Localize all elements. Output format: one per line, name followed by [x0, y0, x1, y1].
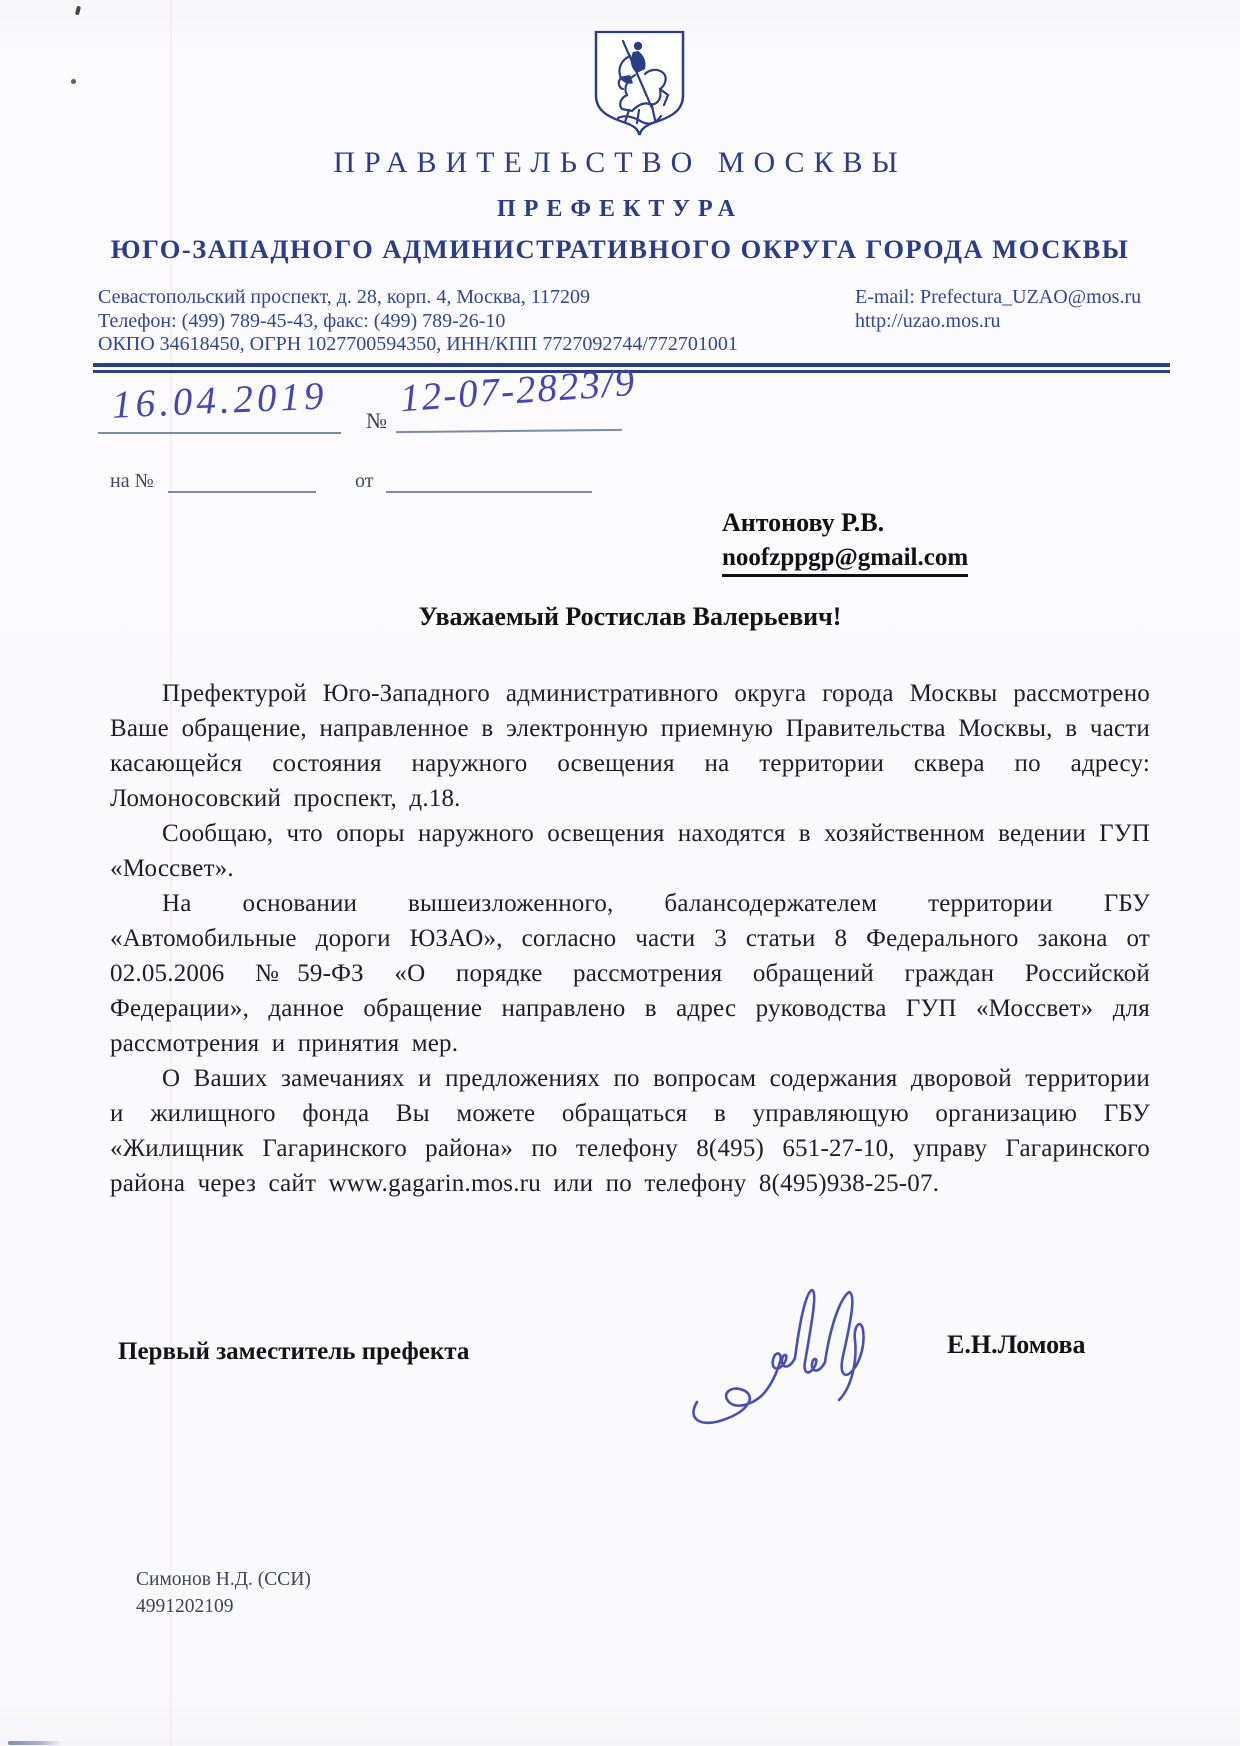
org-website: http://uzao.mos.ru	[855, 310, 1141, 334]
org-contact-block: E-mail: Prefectura_UZAO@mos.ru http://uz…	[855, 286, 1141, 333]
government-title: ПРАВИТЕЛЬСТВО МОСКВЫ	[90, 146, 1150, 180]
prefecture-title: ПРЕФЕКТУРА	[90, 196, 1150, 223]
scan-speck	[71, 79, 76, 84]
phone-line: Телефон: (499) 789-45-43, факс: (499) 78…	[98, 310, 738, 334]
letter-body: Уважаемый Ростислав Валерьевич! Префекту…	[110, 598, 1150, 1201]
number-sign: №	[366, 408, 387, 434]
executor-name: Симонов Н.Д. (ССИ)	[136, 1566, 311, 1593]
scan-edge-artifact	[8, 1741, 62, 1745]
executor-phone: 4991202109	[136, 1593, 311, 1620]
org-address-block: Севастопольский проспект, д. 28, корп. 4…	[98, 286, 738, 357]
recipient-name: Антонову Р.В.	[722, 508, 884, 538]
paragraph: Префектурой Юго-Западного административн…	[110, 676, 1150, 816]
registry-line: ОКПО 34618450, ОГРН 1027700594350, ИНН/К…	[98, 333, 738, 357]
handwritten-date: 16.04.2019	[111, 373, 328, 427]
reply-from-underline	[386, 491, 592, 493]
salutation: Уважаемый Ростислав Валерьевич!	[110, 598, 1150, 636]
address-line: Севастопольский проспект, д. 28, корп. 4…	[98, 286, 738, 310]
paragraph: Сообщаю, что опоры наружного освещения н…	[110, 816, 1150, 886]
executor-block: Симонов Н.Д. (ССИ) 4991202109	[136, 1566, 311, 1620]
recipient-email: noofzppgp@gmail.com	[722, 544, 968, 577]
reply-from-label: от	[355, 470, 373, 493]
scanned-letter-page: ПРАВИТЕЛЬСТВО МОСКВЫ ПРЕФЕКТУРА ЮГО-ЗАПА…	[0, 0, 1240, 1746]
paragraph: О Ваших замечаниях и предложениях по воп…	[110, 1061, 1150, 1201]
date-underline	[98, 432, 341, 434]
reply-to-underline	[168, 491, 316, 493]
paragraph: На основании вышеизложенного, балансодер…	[110, 886, 1150, 1061]
number-underline	[396, 429, 622, 433]
handwritten-signature	[683, 1282, 911, 1434]
reply-to-label: на №	[110, 470, 154, 493]
signer-name: Е.Н.Ломова	[947, 1330, 1086, 1360]
district-title: ЮГО-ЗАПАДНОГО АДМИНИСТРАТИВНОГО ОКРУГА Г…	[90, 234, 1150, 265]
scan-speck	[75, 6, 81, 16]
org-email: E-mail: Prefectura_UZAO@mos.ru	[855, 286, 1141, 310]
moscow-coat-of-arms-icon	[592, 28, 687, 136]
signer-title: Первый заместитель префекта	[118, 1338, 469, 1366]
